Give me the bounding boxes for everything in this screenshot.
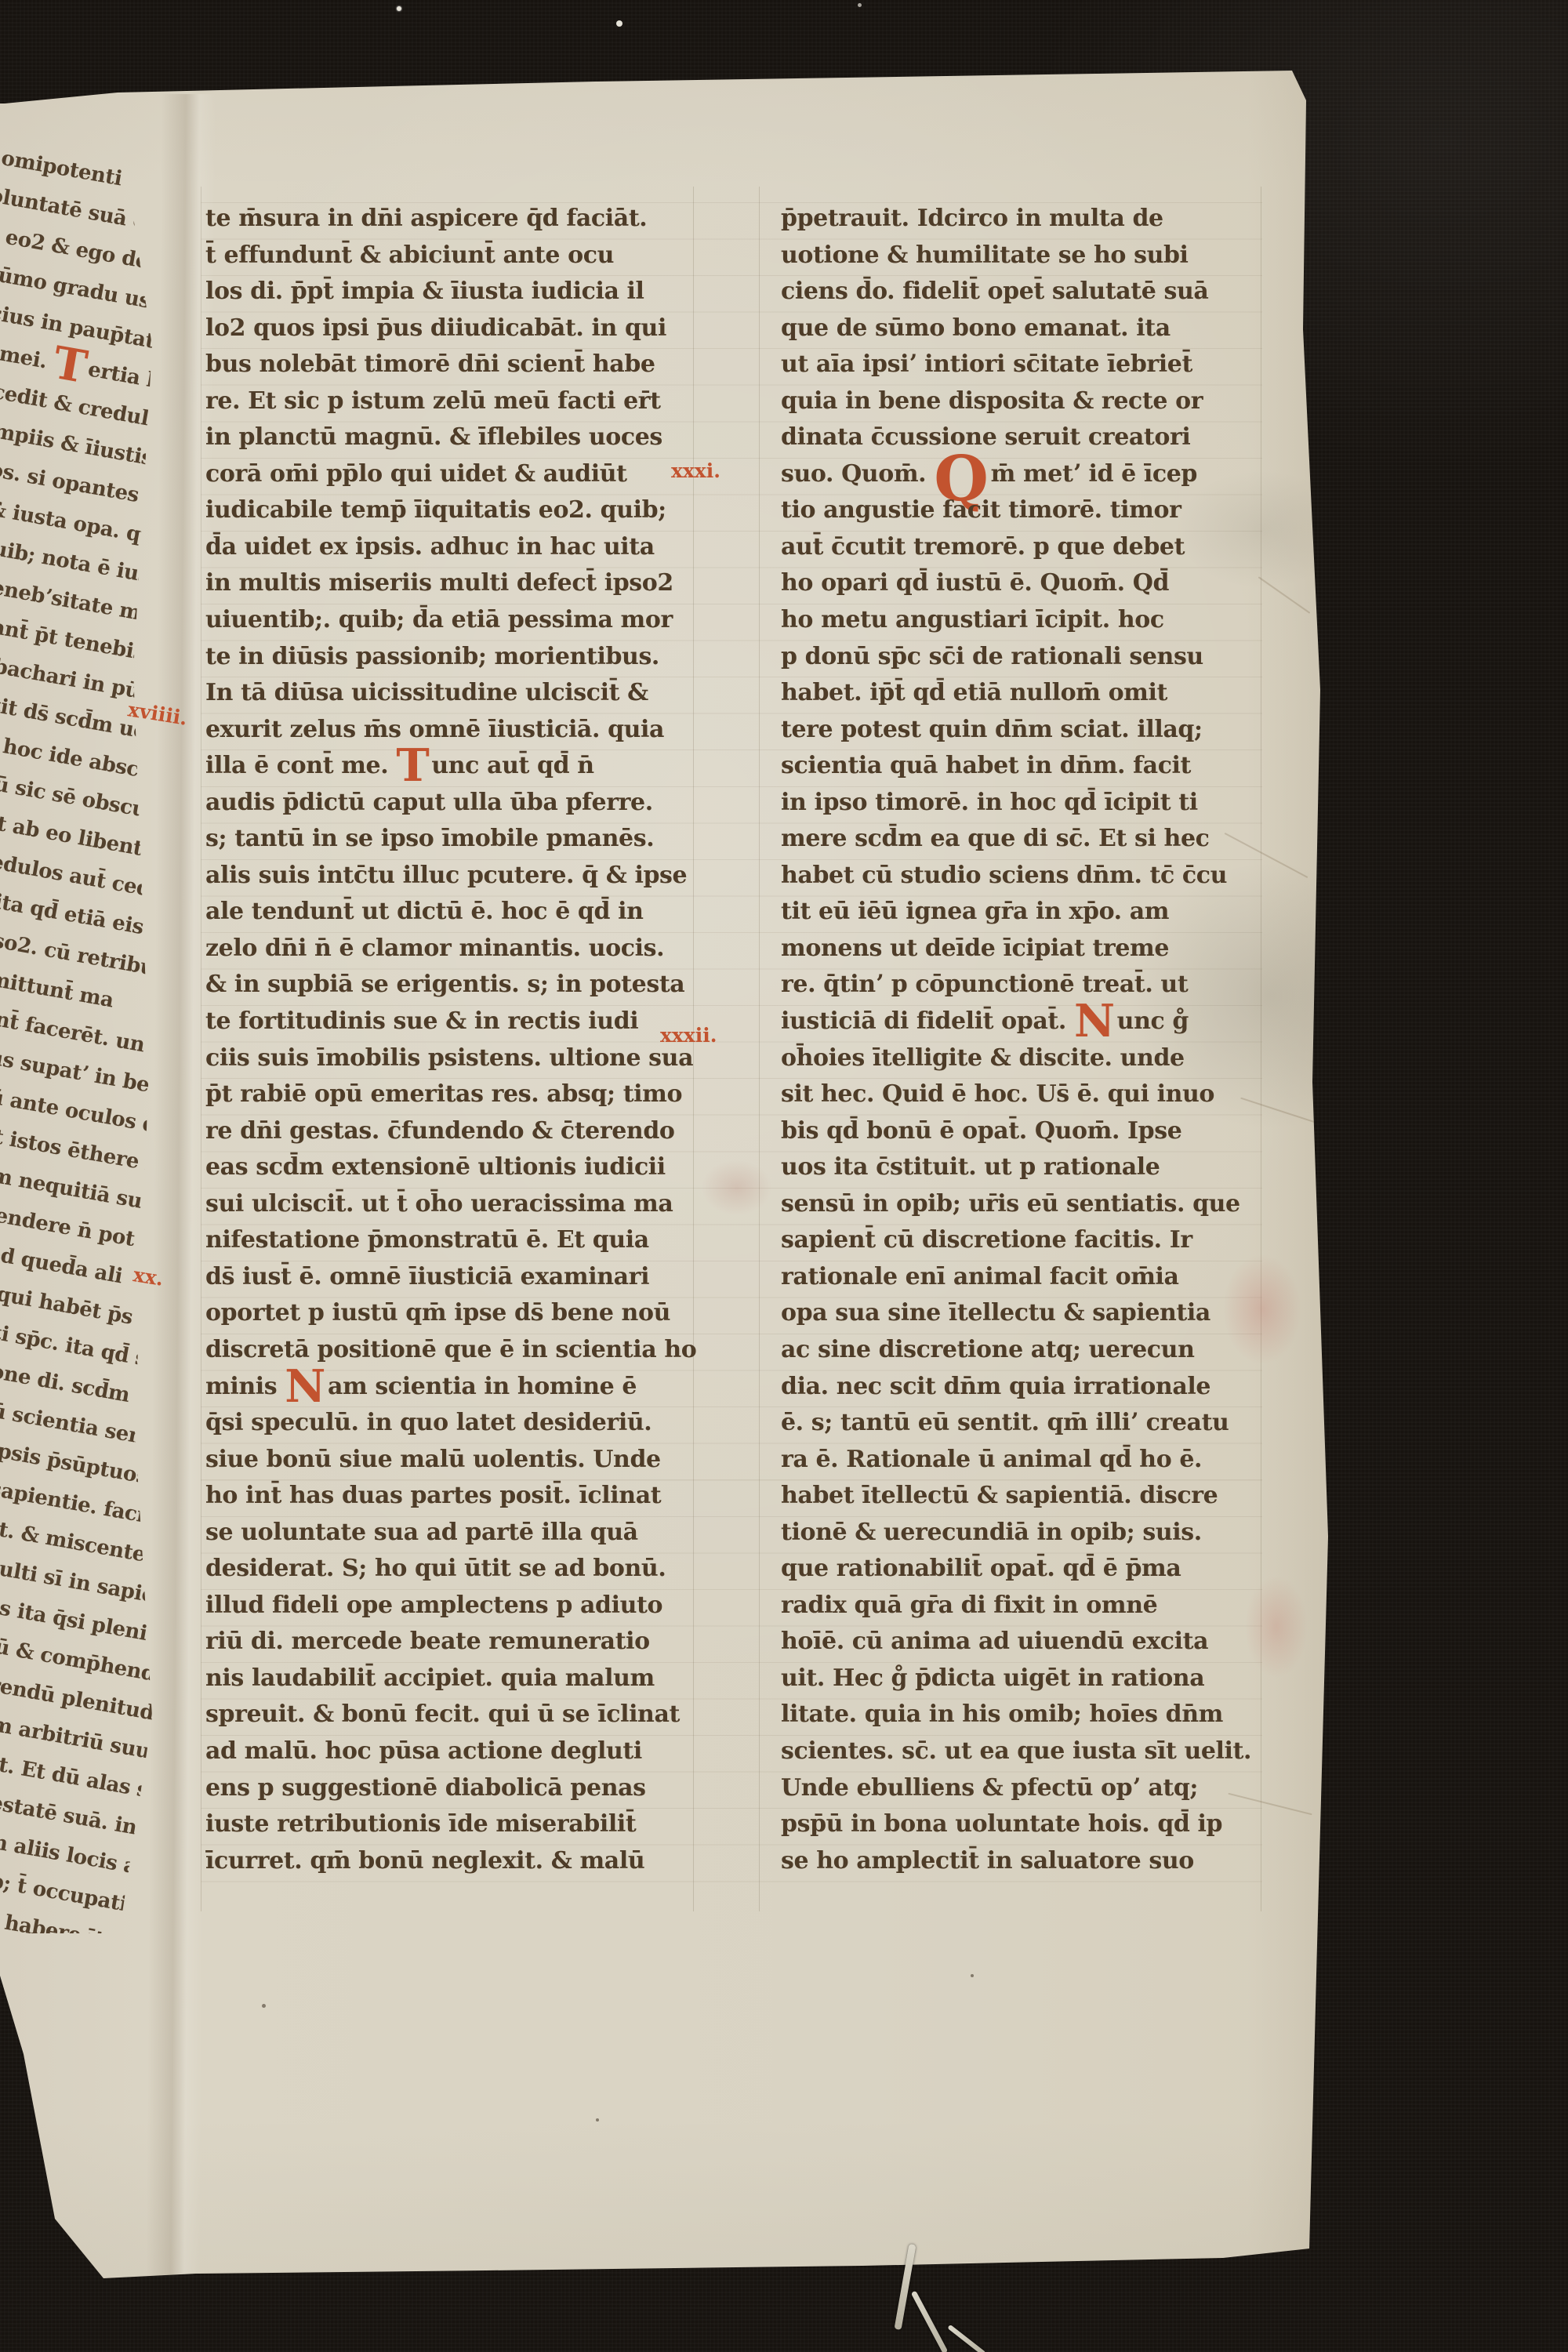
text-line: ds̄ iust̄ ē. omnē īiusticiā examinari (205, 1259, 693, 1296)
text-line: sapient̄ cū discretione facitis. Ir (781, 1222, 1264, 1259)
text-line: ho int̄ has duas partes posit̄. īclinat (205, 1478, 693, 1515)
text-line: hoīē. cū anima ad uiuendū excita (781, 1624, 1264, 1661)
chapter-number-margin: xx. (132, 1265, 165, 1289)
text-line: iudicabile temp̄ īiquitatis eo2. quib; (205, 492, 693, 529)
text-line: illa ē cont̄ me. Tunc aut̄ qd̄ n̄ (205, 748, 693, 785)
text-line: lo2 quos ipsi p̄us diiudicabāt. in qui (205, 310, 693, 347)
text-line: q̄si speculū. in quo latet desideriū. (205, 1405, 693, 1442)
text-line: re dn̄i gestas. c̄fundendo & c̄terendo (205, 1113, 693, 1150)
text-line: que rationabilit̄ opat̄. qd̄ ē p̄ma (781, 1551, 1264, 1588)
text-line: oportet p iustū qm̄ ipse ds̄ bene noū (205, 1295, 693, 1332)
text-line: In tā diūsa uicissitudine ulciscit̄ & (205, 675, 693, 712)
text-line: suo. Quom̄. Qm̄ metʼ id ē īcep (781, 456, 1264, 493)
text-line: radix quā gr̄a di fixit in omnē (781, 1588, 1264, 1624)
parchment-crease (1258, 576, 1311, 614)
text-line: los di. p̄pt̄ impia & īiusta iudicia il (205, 274, 693, 310)
text-line: uotione & humilitate se ho subi (781, 238, 1264, 274)
text-line: dia. nec scit dn̄m quia irrationale (781, 1369, 1264, 1406)
text-line: spreuit. & bonū fecit. qui ū se īclinat (205, 1697, 693, 1733)
ruling-line (693, 187, 694, 1911)
chapter-number-margin: xviiii. (127, 699, 189, 728)
text-line: p̄t rabiē opū emeritas res. absq; timo (205, 1076, 693, 1113)
dust-speck (858, 3, 862, 7)
text-line: psp̄ū in bona uoluntate hois. qd̄ ip (781, 1806, 1264, 1843)
text-line: opa sua sine ītellectu & sapientia (781, 1295, 1264, 1332)
text-line: ac sine discretione atq; uerecun (781, 1332, 1264, 1369)
text-line: exurit zelus m̄s omnē īiusticiā. quia (205, 712, 693, 749)
ruling-line (201, 187, 201, 1911)
parchment-stain (702, 1160, 772, 1215)
text-line: illud fideli ope amplectens p adiuto (205, 1588, 693, 1624)
text-line: ut aīa ipsiʼ intiori sc̄itate īebriet̄ (781, 347, 1264, 383)
pencil-smudge (1308, 118, 1425, 147)
text-line: ale tendunt̄ ut dictū ē. hoc ē qd̄ in (205, 894, 693, 931)
text-line: zelo dn̄i n̄ ē clamor minantis. uocis. (205, 931, 693, 967)
text-line: ē. s; tantū eū sentit. qm̄ illiʼ creatu (781, 1405, 1264, 1442)
text-line: sensū in opib; ur̄is eū sentiatis. que (781, 1186, 1264, 1223)
text-line: scientia quā habet in dn̄m. facit (781, 748, 1264, 785)
text-line: minis Nam scientia in homine ē (205, 1369, 693, 1406)
text-line: in ipso timorē. in hoc qd̄ īcipit ti (781, 785, 1264, 822)
text-line: aut̄ c̄cutit tremorē. p que debet (781, 529, 1264, 566)
folio-number: 93 (1387, 59, 1438, 107)
text-line: monens ut deīde īcipiat treme (781, 931, 1264, 967)
text-line: ad malū. hoc pūsa actione degluti (205, 1733, 693, 1770)
text-line: & in supbiā se erigentis. s; in potesta (205, 967, 693, 1004)
text-line: discretā positionē que ē in scientia ho (205, 1332, 693, 1369)
text-line: uiuentib;. quib; d̄a etiā pessima mor (205, 602, 693, 639)
facing-page-edge: ā m̄ omipotenti don uoluntatē suā eūsem … (0, 130, 213, 1933)
binding-thread (911, 2291, 948, 2352)
text-line: se ho amplectit̄ in saluatore suo (781, 1843, 1264, 1880)
text-line: sit hec. Quid ē hoc. Us̄ ē. qui inuo (781, 1076, 1264, 1113)
text-line: sui ulciscit̄. ut t̄ oh̄o ueracissima ma (205, 1186, 693, 1223)
text-line: nis laudabilit̄ accipiet. quia malum (205, 1661, 693, 1697)
text-line: p donū sp̄c sc̄i de rationali sensu (781, 639, 1264, 676)
text-line: te in diūsis passionib; morientibus. (205, 639, 693, 676)
text-line: in multis miseriis multi defect̄ ipso2 (205, 565, 693, 602)
text-line: p̄petrauit. Idcirco in multa de (781, 201, 1264, 238)
text-line: tionē & uerecundiā in opib; suis. (781, 1515, 1264, 1552)
text-line: se uoluntate sua ad partē illa quā (205, 1515, 693, 1552)
text-line: corā om̄i pp̄lo qui uidet & audiūt (205, 456, 693, 493)
text-line: que de sūmo bono emanat. ita (781, 310, 1264, 347)
dust-speck (971, 1974, 974, 1977)
text-line: tit eū iēū ignea gr̄a in xp̄o. am (781, 894, 1264, 931)
text-line: audis p̄dictū caput ulla ūba pferre. (205, 785, 693, 822)
text-line: riū di. mercede beate remuneratio (205, 1624, 693, 1661)
text-line: uit. Hec g̊ p̄dicta uigēt in rationa (781, 1661, 1264, 1697)
ruling-line (759, 187, 760, 1911)
text-line: re. q̄tinʼ p cōpunctionē treat̄. ut (781, 967, 1264, 1004)
text-line: mere scd̄m ea que di sc̄. Et si hec (781, 821, 1264, 858)
text-line: tio angustie facit timorē. timor (781, 492, 1264, 529)
text-line: tere potest quin dn̄m sciat. illaq; (781, 712, 1264, 749)
text-line: t̄ effundunt̄ & abiciunt̄ ante ocu (205, 238, 693, 274)
text-line: bus nolebāt timorē dn̄i scient̄ habe (205, 347, 693, 383)
text-column-1: te m̄sura in dn̄i aspicere q̄d faciāt.t̄… (205, 201, 693, 1879)
text-line: habet ītellectū & sapientiā. discre (781, 1478, 1264, 1515)
text-line: desiderat. S; ho qui ūtit se ad bonū. (205, 1551, 693, 1588)
text-line: rationale enī animal facit om̄ia (781, 1259, 1264, 1296)
binding-thread (947, 2325, 985, 2352)
text-line: alis suis intc̄tu illuc pcutere. q̄ & ip… (205, 858, 693, 895)
text-line: ho metu angustiari īcipit. hoc (781, 602, 1264, 639)
chapter-number-gutter: xxxi. (671, 461, 720, 481)
text-line: bis qd̄ bonū ē opat̄. Quom̄. Ipse (781, 1113, 1264, 1150)
text-line: uos ita c̄stituit. ut p rationale (781, 1149, 1264, 1186)
text-line: ra ē. Rationale ū animal qd̄ ho ē. (781, 1442, 1264, 1479)
rubricated-initial: N (1074, 995, 1117, 1047)
text-line: te fortitudinis sue & in rectis iudi (205, 1004, 693, 1040)
text-line: habet cū studio sciens dn̄m. tc̄ c̄cu (781, 858, 1264, 895)
text-line: ciens d̄o. fidelit̄ opet̄ salutatē suā (781, 274, 1264, 310)
text-line: ho opari qd̄ iustū ē. Quom̄. Qd̄ (781, 565, 1264, 602)
text-line: dinata c̄cussione seruit creatori (781, 419, 1264, 456)
text-line: te m̄sura in dn̄i aspicere q̄d faciāt. (205, 201, 693, 238)
text-line: oh̄oies ītelligite & discite. unde (781, 1040, 1264, 1077)
text-line: habet. ip̄t̄ qd̄ etiā nullom̄ omit (781, 675, 1264, 712)
text-line: siue bonū siue malū uolentis. Unde (205, 1442, 693, 1479)
dust-speck (596, 2118, 599, 2122)
text-line: ciis suis īmobilis psistens. ultione sua (205, 1040, 693, 1077)
text-line: litate. quia in his omib; hoīes dn̄m (781, 1697, 1264, 1733)
text-line: iusticiā di fidelit̄ opat̄. Nunc g̊ (781, 1004, 1264, 1040)
manuscript-page: ā m̄ omipotenti don uoluntatē suā eūsem … (0, 0, 1568, 2352)
text-line: iuste retributionis īde miserabilit̄ (205, 1806, 693, 1843)
text-line: scientes. sc̄. ut ea que iusta sīt uelit… (781, 1733, 1264, 1770)
dust-speck (397, 6, 401, 11)
text-line: s; tantū in se ipso īmobile pmanēs. (205, 821, 693, 858)
text-line: īcurret. qm̄ bonū neglexit. & malū (205, 1843, 693, 1880)
text-line: re. Et sic p istum zelū meū facti er̄t (205, 383, 693, 420)
dust-speck (616, 20, 622, 27)
text-line: Unde ebulliens & pfectū opʼ atq; (781, 1770, 1264, 1807)
text-line: in planctū magnū. & īflebiles uoces (205, 419, 693, 456)
chapter-number-gutter: xxxii. (660, 1025, 717, 1045)
text-column-2: p̄petrauit. Idcirco in multa deuotione &… (781, 201, 1264, 1879)
dust-speck (262, 2004, 266, 2008)
text-line: ens p suggestionē diabolicā penas (205, 1770, 693, 1807)
text-line: eas scd̄m extensionē ultionis iudicii (205, 1149, 693, 1186)
text-line: quia in bene disposita & recte or (781, 383, 1264, 420)
text-line: nifestatione p̄monstratū ē. Et quia (205, 1222, 693, 1259)
manuscript-photo: ā m̄ omipotenti don uoluntatē suā eūsem … (0, 0, 1568, 2352)
text-line: d̄a uidet ex ipsis. adhuc in hac uita (205, 529, 693, 566)
